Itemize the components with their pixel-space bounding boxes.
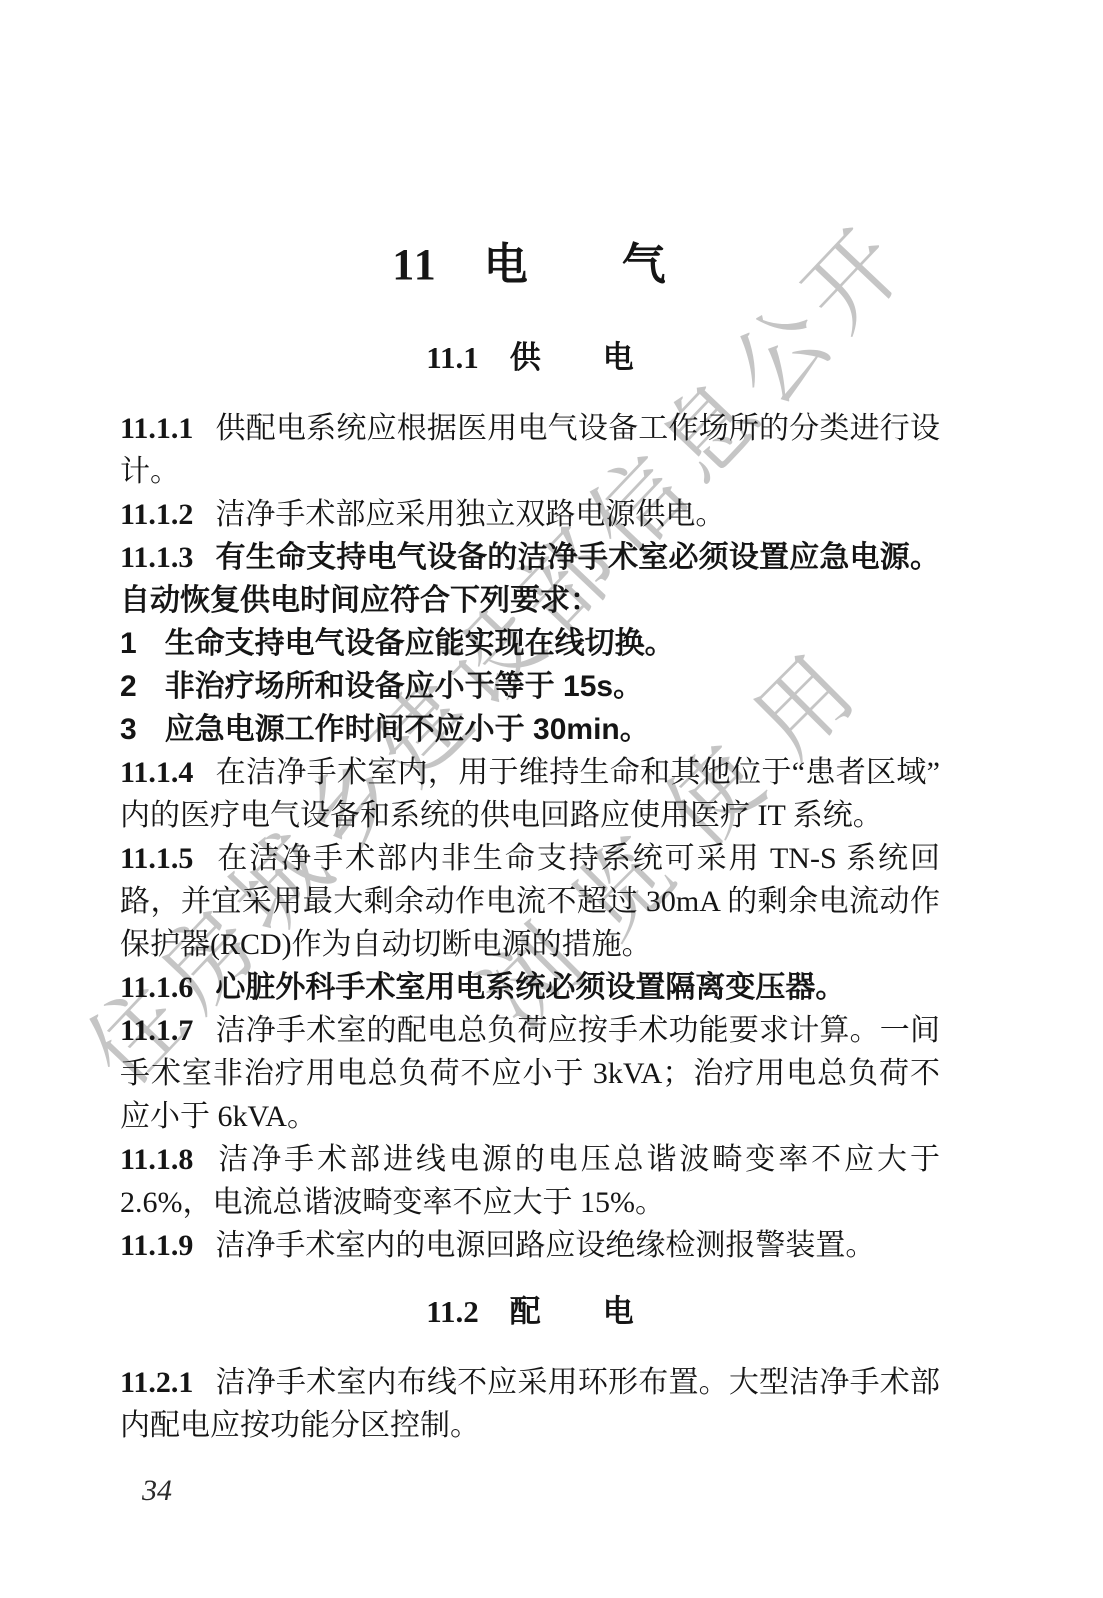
item-number: 3 <box>120 713 137 746</box>
clause-list-supply: 11.1.1供配电系统应根据医用电气设备工作场所的分类进行设计。 11.1.2洁… <box>120 407 940 1267</box>
section-heading-supply: 11.1 供 电 <box>120 339 940 376</box>
clause-number: 11.1.8 <box>120 1143 193 1176</box>
clause-text: 洁净手术室内的电源回路应设绝缘检测报警装置。 <box>215 1229 875 1262</box>
clause-11-2-1: 11.2.1洁净手术室内布线不应采用环形布置。大型洁净手术部内配电应按功能分区控… <box>120 1361 940 1447</box>
clause-number: 11.1.7 <box>120 1014 193 1047</box>
clause-number: 11.1.2 <box>120 498 193 531</box>
clause-text: 洁净手术部应采用独立双路电源供电。 <box>215 498 725 531</box>
clause-text: 在洁净手术部内非生命支持系统可采用 TN-S 系统回路，并宜采用最大剩余动作电流… <box>120 842 940 961</box>
page-content: 11 电 气 11.1 供 电 11.1.1供配电系统应根据医用电气设备工作场所… <box>120 0 940 1509</box>
clause-text: 供配电系统应根据医用电气设备工作场所的分类进行设计。 <box>120 412 940 488</box>
list-item-2: 2非治疗场所和设备应小于等于 15s。 <box>120 665 940 708</box>
clause-11-1-2: 11.1.2洁净手术部应采用独立双路电源供电。 <box>120 493 940 536</box>
clause-11-1-6: 11.1.6心脏外科手术室用电系统必须设置隔离变压器。 <box>120 966 940 1009</box>
item-number: 2 <box>120 670 137 703</box>
section-heading-distribution: 11.2 配 电 <box>120 1293 940 1330</box>
item-number: 1 <box>120 627 137 660</box>
clause-11-1-9: 11.1.9洁净手术室内的电源回路应设绝缘检测报警装置。 <box>120 1224 940 1267</box>
page-number: 34 <box>142 1473 940 1509</box>
clause-text: 洁净手术室内布线不应采用环形布置。大型洁净手术部内配电应按功能分区控制。 <box>120 1366 940 1442</box>
item-text: 非治疗场所和设备应小于等于 15s。 <box>165 670 643 703</box>
clause-text: 洁净手术部进线电源的电压总谐波畸变率不应大于 2.6%，电流总谐波畸变率不应大于… <box>120 1143 940 1219</box>
clause-number: 11.1.1 <box>120 412 193 445</box>
document-page: 住房城乡建设部信息公开 浏览使用 11 电 气 11.1 供 电 11.1.1供… <box>0 0 1103 1598</box>
clause-text: 有生命支持电气设备的洁净手术室必须设置应急电源。自动恢复供电时间应符合下列要求： <box>120 541 940 617</box>
clause-number: 11.1.5 <box>120 842 193 875</box>
clause-11-1-7: 11.1.7洁净手术室的配电总负荷应按手术功能要求计算。一间手术室非治疗用电总负… <box>120 1009 940 1138</box>
clause-number: 11.1.4 <box>120 756 193 789</box>
clause-number: 11.1.3 <box>120 541 193 574</box>
clause-number: 11.1.6 <box>120 971 193 1004</box>
clause-number: 11.2.1 <box>120 1366 193 1399</box>
clause-text: 洁净手术室的配电总负荷应按手术功能要求计算。一间手术室非治疗用电总负荷不应小于 … <box>120 1014 940 1133</box>
clause-11-1-3: 11.1.3有生命支持电气设备的洁净手术室必须设置应急电源。自动恢复供电时间应符… <box>120 536 940 622</box>
clause-11-1-4: 11.1.4在洁净手术室内，用于维持生命和其他位于“患者区域”内的医疗电气设备和… <box>120 751 940 837</box>
item-text: 生命支持电气设备应能实现在线切换。 <box>165 627 675 660</box>
clause-text: 心脏外科手术室用电系统必须设置隔离变压器。 <box>215 971 845 1004</box>
item-text: 应急电源工作时间不应小于 30min。 <box>165 713 650 746</box>
clause-11-1-5: 11.1.5在洁净手术部内非生命支持系统可采用 TN-S 系统回路，并宜采用最大… <box>120 837 940 966</box>
clause-list-distribution: 11.2.1洁净手术室内布线不应采用环形布置。大型洁净手术部内配电应按功能分区控… <box>120 1361 940 1447</box>
clause-11-1-1: 11.1.1供配电系统应根据医用电气设备工作场所的分类进行设计。 <box>120 407 940 493</box>
clause-11-1-8: 11.1.8洁净手术部进线电源的电压总谐波畸变率不应大于 2.6%，电流总谐波畸… <box>120 1138 940 1224</box>
clause-text: 在洁净手术室内，用于维持生命和其他位于“患者区域”内的医疗电气设备和系统的供电回… <box>120 756 940 832</box>
clause-number: 11.1.9 <box>120 1229 193 1262</box>
chapter-heading: 11 电 气 <box>120 238 940 292</box>
list-item-1: 1生命支持电气设备应能实现在线切换。 <box>120 622 940 665</box>
list-item-3: 3应急电源工作时间不应小于 30min。 <box>120 708 940 751</box>
